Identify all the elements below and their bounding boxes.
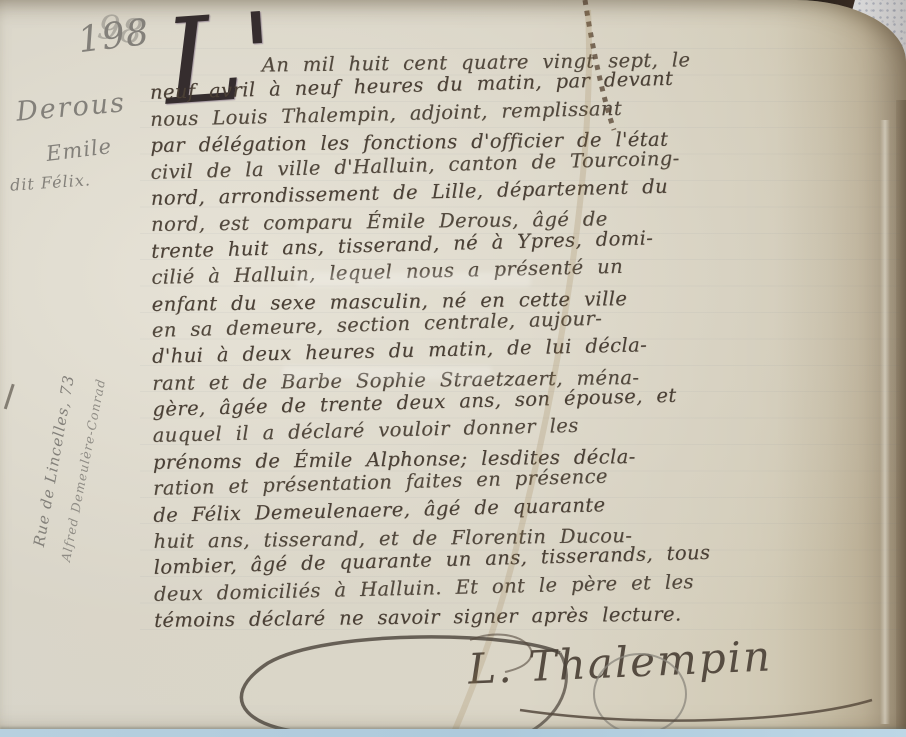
margin-firstname: Emile [45, 134, 114, 166]
scanned-register-photo: 98 198 Derous Emile dit Félix. Rue de Li… [0, 0, 906, 737]
margin-surname: Derous [15, 87, 127, 127]
edge-ink-mark [0, 381, 15, 410]
faint-watermark [296, 272, 531, 287]
act-number: 198 [76, 12, 152, 61]
scanner-bottom-strip [0, 729, 906, 737]
margin-alias: dit Félix. [9, 170, 91, 195]
faint-watermark [282, 366, 492, 380]
page-edge-shadow [896, 100, 906, 730]
register-page: 98 198 Derous Emile dit Félix. Rue de Li… [0, 0, 906, 730]
page-edge-highlight [880, 120, 890, 724]
